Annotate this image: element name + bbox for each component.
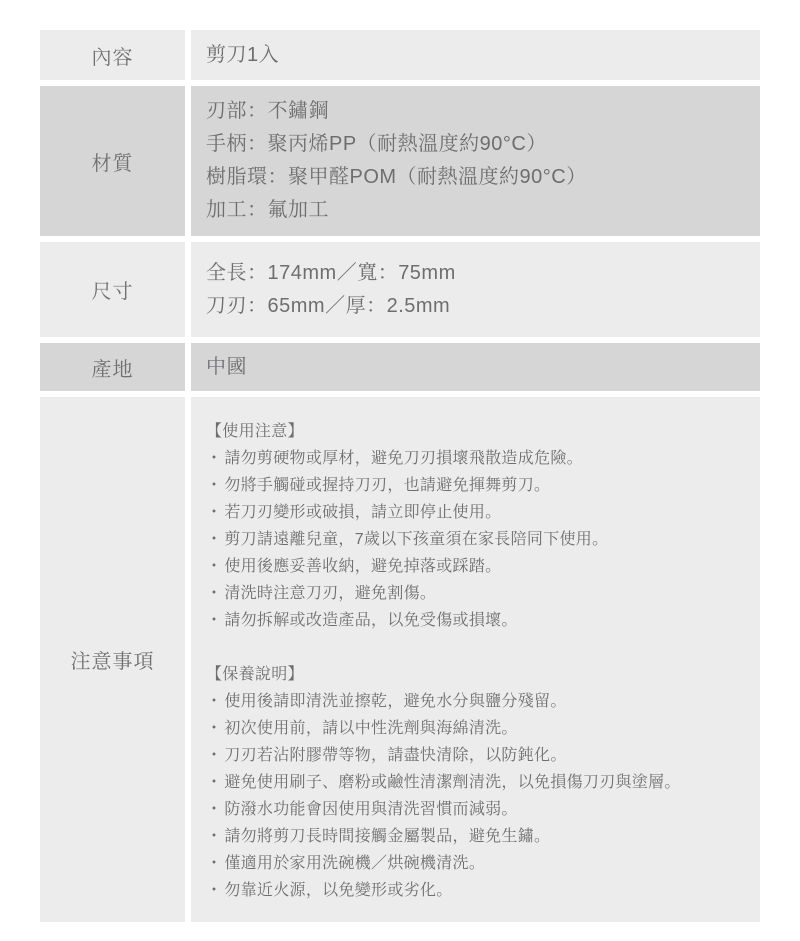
note-item: ・ 使用後應妥善收納，避免掉落或踩踏。: [206, 553, 742, 580]
spec-label-text: 內容: [92, 41, 134, 70]
spec-value-line: 加工：氟加工: [206, 194, 742, 227]
note-item-text: 勿將手觸碰或握持刀刃，也請避免揮舞剪刀。: [224, 472, 550, 499]
bullet-icon: ・: [206, 742, 222, 769]
note-item: ・ 初次使用前，請以中性洗劑與海綿清洗。: [206, 715, 742, 742]
note-item: ・ 清洗時注意刀刃，避免割傷。: [206, 580, 742, 607]
note-item-text: 刀刃若沾附膠帶等物，請盡快清除，以防鈍化。: [224, 742, 566, 769]
note-item: ・ 刀刃若沾附膠帶等物，請盡快清除，以防鈍化。: [206, 742, 742, 769]
note-item: ・ 剪刀請遠離兒童，7歲以下孩童須在家長陪同下使用。: [206, 526, 742, 553]
spec-row-origin: 產地 中國: [40, 343, 760, 391]
bullet-icon: ・: [206, 472, 222, 499]
bullet-icon: ・: [206, 823, 222, 850]
notes-section-heading-care: 【保養說明】: [206, 661, 742, 688]
spec-value-line: 樹脂環：聚甲醛POM（耐熱溫度約90°C）: [206, 161, 742, 194]
notes-section-spacer: [206, 634, 742, 661]
note-item: ・ 若刀刃變形或破損，請立即停止使用。: [206, 499, 742, 526]
note-item-text: 剪刀請遠離兒童，7歲以下孩童須在家長陪同下使用。: [224, 526, 608, 553]
spec-value-line: 刀刃：65mm／厚：2.5mm: [206, 290, 742, 323]
note-item: ・ 請勿拆解或改造產品，以免受傷或損壞。: [206, 607, 742, 634]
spec-row-dimensions: 尺寸 全長：174mm／寬：75mm 刀刃：65mm／厚：2.5mm: [40, 242, 760, 337]
note-item-text: 使用後應妥善收納，避免掉落或踩踏。: [224, 553, 501, 580]
spec-row-content: 內容 剪刀1入: [40, 30, 760, 80]
note-item: ・ 防潑水功能會因使用與清洗習慣而減弱。: [206, 796, 742, 823]
note-item: ・ 使用後請即清洗並擦乾，避免水分與鹽分殘留。: [206, 688, 742, 715]
note-item: ・ 勿靠近火源，以免變形或劣化。: [206, 877, 742, 904]
spec-label-material: 材質: [40, 86, 185, 236]
bullet-icon: ・: [206, 850, 222, 877]
spec-value-line: 剪刀1入: [206, 39, 742, 72]
spec-label-text: 注意事項: [71, 645, 155, 674]
note-item-text: 若刀刃變形或破損，請立即停止使用。: [224, 499, 501, 526]
spec-value-precautions: 【使用注意】 ・ 請勿剪硬物或厚材，避免刀刃損壞飛散造成危險。 ・ 勿將手觸碰或…: [191, 397, 760, 922]
bullet-icon: ・: [206, 553, 222, 580]
bullet-icon: ・: [206, 688, 222, 715]
spec-label-text: 尺寸: [92, 275, 134, 304]
spec-row-precautions: 注意事項 【使用注意】 ・ 請勿剪硬物或厚材，避免刀刃損壞飛散造成危險。 ・ 勿…: [40, 397, 760, 922]
note-item-text: 僅適用於家用洗碗機／烘碗機清洗。: [224, 850, 485, 877]
spec-label-origin: 產地: [40, 343, 185, 391]
note-item-text: 清洗時注意刀刃，避免割傷。: [224, 580, 436, 607]
spec-value-content: 剪刀1入: [191, 30, 760, 80]
note-item-text: 避免使用刷子、磨粉或鹼性清潔劑清洗，以免損傷刀刃與塗層。: [224, 769, 680, 796]
bullet-icon: ・: [206, 769, 222, 796]
bullet-icon: ・: [206, 580, 222, 607]
spec-label-content: 內容: [40, 30, 185, 80]
note-item: ・ 勿將手觸碰或握持刀刃，也請避免揮舞剪刀。: [206, 472, 742, 499]
spec-value-line: 手柄：聚丙烯PP（耐熱溫度約90°C）: [206, 128, 742, 161]
note-item-text: 請勿將剪刀長時間接觸金屬製品，避免生鏽。: [224, 823, 550, 850]
spec-value-dimensions: 全長：174mm／寬：75mm 刀刃：65mm／厚：2.5mm: [191, 242, 760, 337]
bullet-icon: ・: [206, 499, 222, 526]
spec-value-line: 全長：174mm／寬：75mm: [206, 257, 742, 290]
spec-value-material: 刃部：不鏽鋼 手柄：聚丙烯PP（耐熱溫度約90°C） 樹脂環：聚甲醛POM（耐熱…: [191, 86, 760, 236]
note-item: ・ 請勿剪硬物或厚材，避免刀刃損壞飛散造成危險。: [206, 445, 742, 472]
bullet-icon: ・: [206, 796, 222, 823]
spec-value-line: 刃部：不鏽鋼: [206, 95, 742, 128]
spec-label-text: 產地: [92, 353, 134, 382]
spec-value-line: 中國: [206, 351, 742, 384]
bullet-icon: ・: [206, 445, 222, 472]
spec-label-precautions: 注意事項: [40, 397, 185, 922]
note-item-text: 防潑水功能會因使用與清洗習慣而減弱。: [224, 796, 517, 823]
bullet-icon: ・: [206, 607, 222, 634]
note-item-text: 初次使用前，請以中性洗劑與海綿清洗。: [224, 715, 517, 742]
note-item-text: 請勿剪硬物或厚材，避免刀刃損壞飛散造成危險。: [224, 445, 583, 472]
note-item: ・ 避免使用刷子、磨粉或鹼性清潔劑清洗，以免損傷刀刃與塗層。: [206, 769, 742, 796]
note-item-text: 使用後請即清洗並擦乾，避免水分與鹽分殘留。: [224, 688, 566, 715]
bullet-icon: ・: [206, 715, 222, 742]
product-spec-table: 內容 剪刀1入 材質 刃部：不鏽鋼 手柄：聚丙烯PP（耐熱溫度約90°C） 樹脂…: [40, 30, 760, 922]
notes-section-heading-usage: 【使用注意】: [206, 418, 742, 445]
note-item-text: 請勿拆解或改造產品，以免受傷或損壞。: [224, 607, 517, 634]
note-item-text: 勿靠近火源，以免變形或劣化。: [224, 877, 452, 904]
spec-value-origin: 中國: [191, 343, 760, 391]
note-item: ・ 請勿將剪刀長時間接觸金屬製品，避免生鏽。: [206, 823, 742, 850]
bullet-icon: ・: [206, 526, 222, 553]
spec-label-dimensions: 尺寸: [40, 242, 185, 337]
note-item: ・ 僅適用於家用洗碗機／烘碗機清洗。: [206, 850, 742, 877]
spec-label-text: 材質: [92, 147, 134, 176]
spec-row-material: 材質 刃部：不鏽鋼 手柄：聚丙烯PP（耐熱溫度約90°C） 樹脂環：聚甲醛POM…: [40, 86, 760, 236]
bullet-icon: ・: [206, 877, 222, 904]
